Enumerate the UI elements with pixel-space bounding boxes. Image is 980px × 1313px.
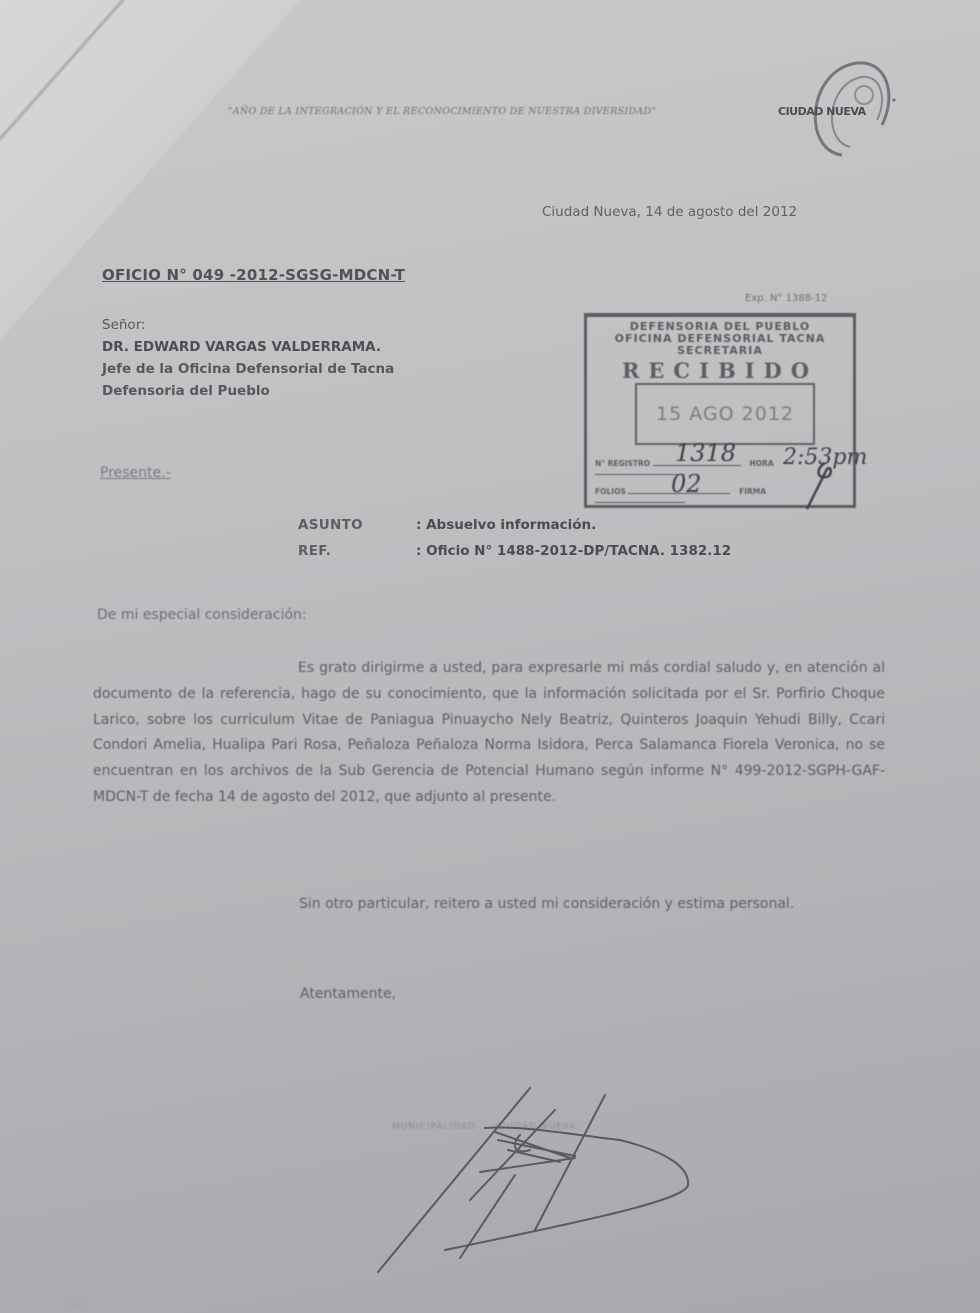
stamp-department: SECRETARIA xyxy=(587,345,853,357)
municipality-logo: CIUDAD NUEVA xyxy=(772,55,902,165)
folios-label: FOLIOS xyxy=(595,487,626,496)
greeting: De mi especial consideración: xyxy=(97,607,307,623)
salutation: Señor: xyxy=(102,314,394,336)
handwritten-signature-icon xyxy=(360,1080,720,1290)
addressee-block: Señor: DR. EDWARD VARGAS VALDERRAMA. Jef… xyxy=(102,314,394,402)
document-reference-number: OFICIO N° 049 -2012-SGSG-MDCN-T xyxy=(102,266,405,284)
addressee-institution: Defensoria del Pueblo xyxy=(102,380,394,402)
place-and-date: Ciudad Nueva, 14 de agosto del 2012 xyxy=(542,204,797,220)
subject-block: ASUNTO : Absuelvo información. REF. : Of… xyxy=(298,512,731,564)
addressee-position: Jefe de la Oficina Defensorial de Tacna xyxy=(102,358,394,380)
body-paragraph: Es grato dirigirme a usted, para expresa… xyxy=(93,656,885,811)
received-stamp: DEFENSORIA DEL PUEBLO OFICINA DEFENSORIA… xyxy=(584,313,856,508)
handwritten-initial-icon xyxy=(787,457,847,512)
registro-label: N° REGISTRO xyxy=(595,459,650,468)
closing-paragraph: Sin otro particular, reitero a usted mi … xyxy=(89,888,891,920)
stamp-title: RECIBIDO xyxy=(587,358,853,383)
presente-label: Presente.- xyxy=(100,465,171,481)
handwritten-registro: 1318 xyxy=(675,439,736,467)
handwritten-folios: 02 xyxy=(671,470,702,498)
addressee-name: DR. EDWARD VARGAS VALDERRAMA. xyxy=(102,336,394,358)
logo-text: CIUDAD NUEVA xyxy=(778,105,866,118)
subject-row-ref: REF. : Oficio N° 1488-2012-DP/TACNA. 138… xyxy=(298,538,731,564)
scanned-letter-page: "AÑO DE LA INTEGRACIÓN Y EL RECONOCIMIEN… xyxy=(0,0,980,1313)
subject-value: : Absuelvo información. xyxy=(416,512,596,538)
folded-page-corner xyxy=(0,0,300,340)
subject-label: ASUNTO xyxy=(298,512,416,538)
stamp-date: 15 AGO 2012 xyxy=(635,383,815,445)
hora-label: HORA xyxy=(749,459,773,468)
firma-label: FIRMA xyxy=(739,487,766,496)
sign-off: Atentamente, xyxy=(300,986,396,1002)
reference-label: REF. xyxy=(298,538,416,564)
reference-value: : Oficio N° 1488-2012-DP/TACNA. 1382.12 xyxy=(416,538,731,564)
subject-row-asunto: ASUNTO : Absuelvo información. xyxy=(298,512,731,538)
page-footer-mark: · · · xyxy=(70,1300,86,1311)
expedient-number: Exp. N° 1388-12 xyxy=(745,293,827,304)
year-motto: "AÑO DE LA INTEGRACIÓN Y EL RECONOCIMIEN… xyxy=(228,106,748,117)
